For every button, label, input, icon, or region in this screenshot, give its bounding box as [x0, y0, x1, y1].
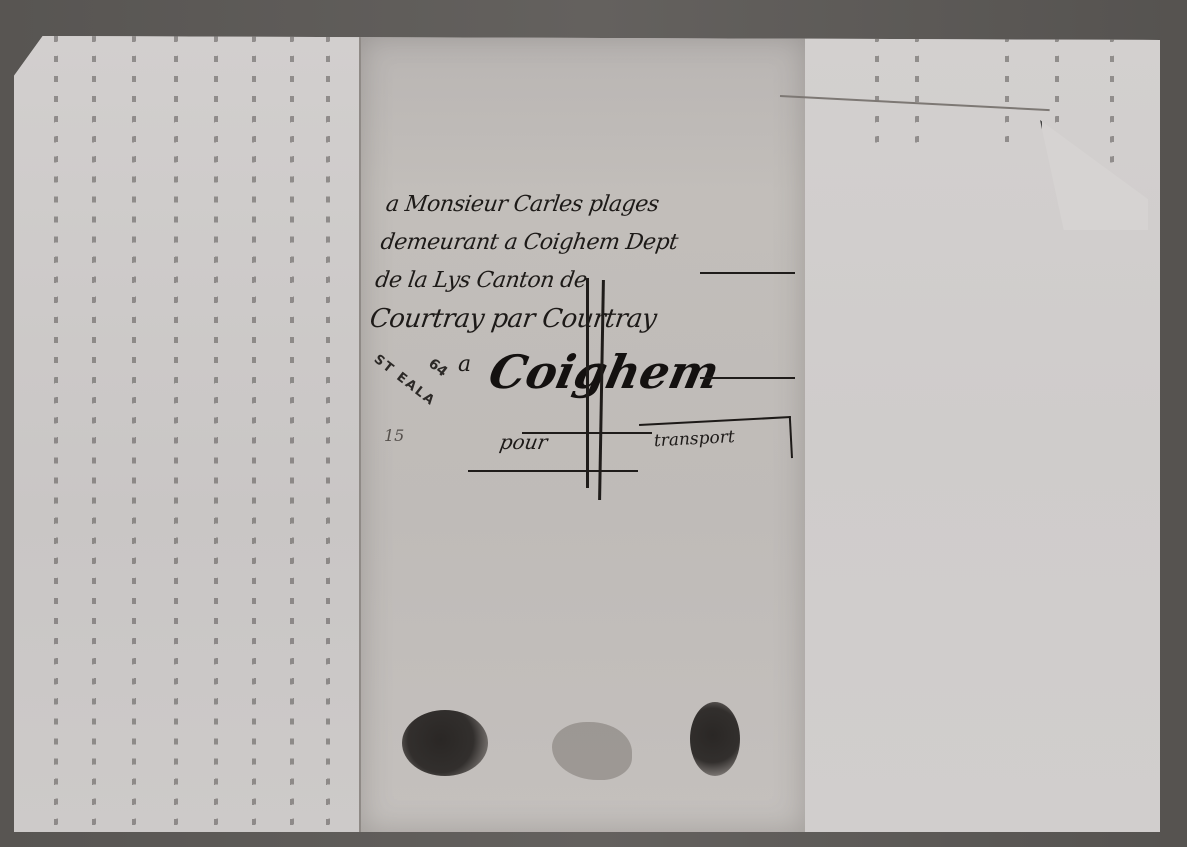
bleed-through-writing [326, 36, 330, 832]
bleed-through-writing [1055, 36, 1059, 142]
bleed-through-writing [54, 36, 58, 832]
bleed-through-writing [1110, 36, 1114, 192]
transport-note-box: transport [639, 416, 793, 466]
destination-prefix: a [458, 352, 471, 377]
destination-town: Coighem [484, 345, 724, 399]
bleed-through-writing [915, 36, 919, 152]
bleed-through-writing [174, 36, 178, 832]
pen-stroke [586, 278, 589, 488]
address-line: a Monsieur Carles plages [383, 186, 808, 224]
bleed-through-writing [290, 36, 294, 832]
pen-stroke [468, 470, 638, 472]
bleed-through-writing [1005, 36, 1009, 142]
left-panel-bleed-through [14, 36, 359, 832]
pen-stroke [700, 272, 795, 274]
transport-note: transport [653, 427, 735, 451]
pen-stroke [522, 432, 652, 434]
bleed-through-writing [132, 36, 136, 832]
pen-stroke [700, 377, 795, 379]
address-line: demeurant a Coighem Dept [378, 224, 803, 262]
right-panel [805, 36, 1160, 832]
bleed-through-writing [252, 36, 256, 832]
wax-seal-left [402, 710, 488, 776]
bleed-through-writing [214, 36, 218, 832]
postage-rate: 15 [384, 426, 404, 445]
bleed-through-writing [875, 36, 879, 152]
wax-seal-right [690, 702, 740, 776]
address-line: Courtray par Courtray [367, 300, 792, 338]
bleed-through-writing [92, 36, 96, 832]
